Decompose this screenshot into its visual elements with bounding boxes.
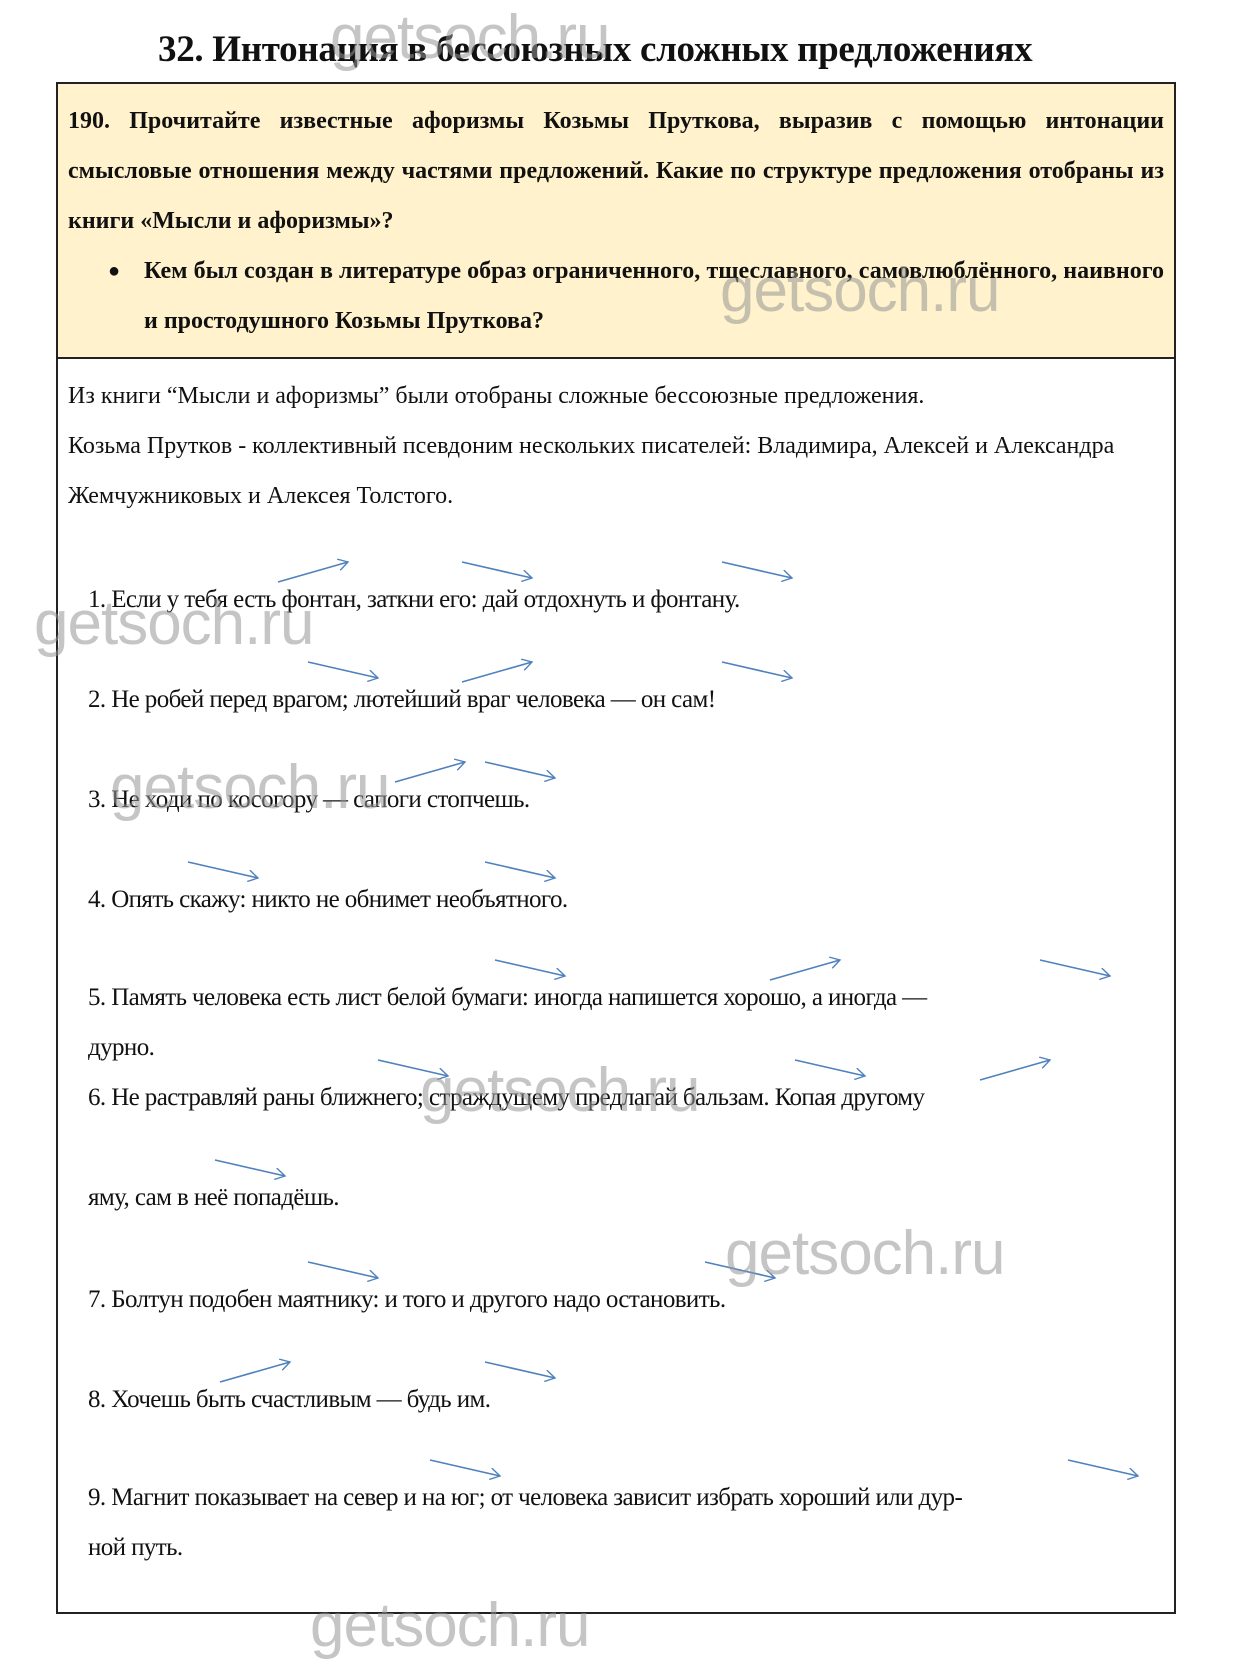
aphorism-line: яму, сам в неё попадёшь. (88, 1184, 339, 1212)
aphorism-line: 9. Магнит показывает на север и на юг; о… (88, 1484, 962, 1512)
aphorism-line: 4. Опять скажу: никто не обнимет необъят… (88, 886, 568, 914)
aphorism-line: 6. Не растравляй раны ближнего; страждущ… (88, 1084, 924, 1112)
aphorism-list: 1. Если у тебя есть фонтан, заткни его: … (0, 0, 1240, 1679)
aphorism-line: дурно. (88, 1034, 154, 1062)
aphorism-line: 1. Если у тебя есть фонтан, заткни его: … (88, 586, 740, 614)
aphorism-line: 3. Не ходи по косогору — сапоги стопчешь… (88, 786, 530, 814)
aphorism-line: 7. Болтун подобен маятнику: и того и дру… (88, 1286, 725, 1314)
aphorism-line: 8. Хочешь быть счастливым — будь им. (88, 1386, 490, 1414)
aphorism-line: 2. Не робей перед врагом; лютейший враг … (88, 686, 715, 714)
aphorism-line: 5. Память человека есть лист белой бумаг… (88, 984, 927, 1012)
aphorism-line: ной путь. (88, 1534, 183, 1562)
